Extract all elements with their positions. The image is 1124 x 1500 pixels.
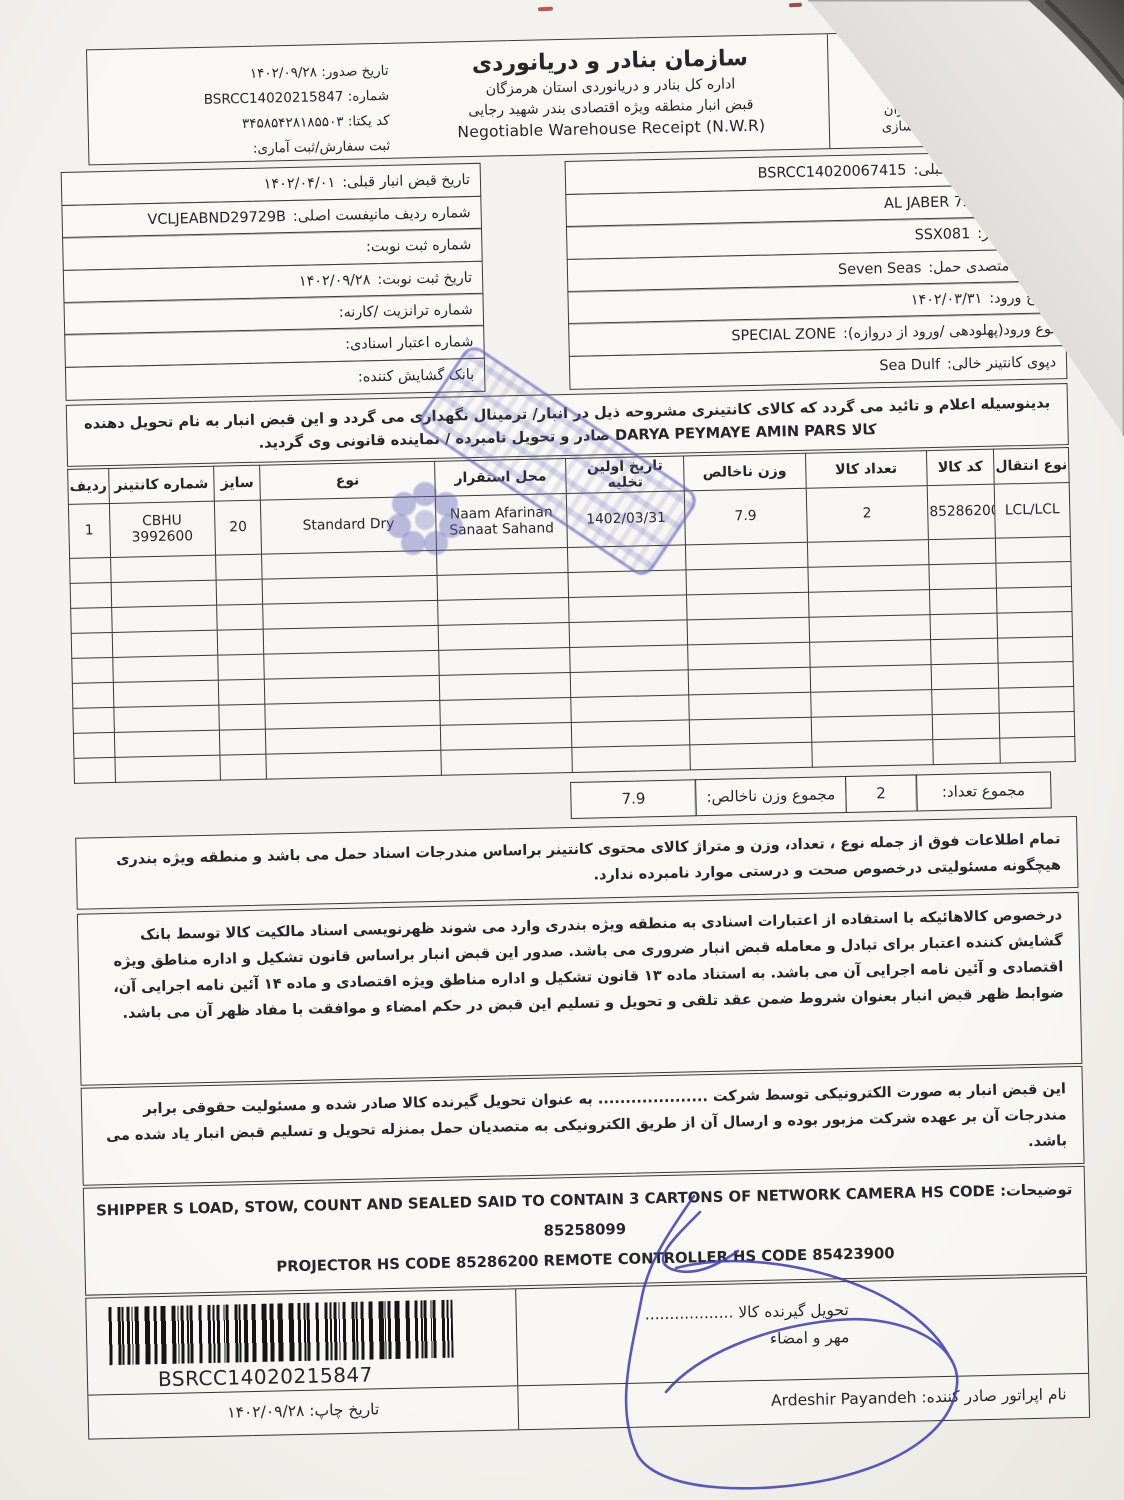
order-reg-line: ثبت سفارش/ثبت آماری: xyxy=(89,134,390,166)
col-row-no: ردیف xyxy=(68,468,109,504)
anchor-icon xyxy=(917,37,970,96)
footer-section: BSRCC14020215847 تحویل گیرنده کالا .....… xyxy=(85,1276,1090,1440)
remarks-label: توضیحات: xyxy=(1000,1181,1073,1200)
totals-bar: مجموع تعداد: 2 مجموع وزن ناخالص: 7.9 xyxy=(572,771,1052,818)
scanned-page: تاریخ صدور: ۱۴۰۲/۰۹/۲۸ شماره: BSRCC14020… xyxy=(0,0,1124,1500)
electronic-issue-paragraph: این قبض انبار به صورت الکترونیکی توسط شر… xyxy=(81,1066,1085,1186)
serial-label: شماره: xyxy=(348,88,390,105)
col-size: سایز xyxy=(213,465,260,501)
info-column-right: شماره قبض انبار قبلی:BSRCC14020067415 وس… xyxy=(565,152,1068,390)
print-date-cell: تاریخ چاپ: ۱۴۰۲/۰۹/۲۸ xyxy=(88,1385,519,1438)
header-logo-block: جمهوری اسلامی ایران وزارت راه و شهرسازی xyxy=(827,29,1061,148)
header-meta-block: تاریخ صدور: ۱۴۰۲/۰۹/۲۸ شماره: BSRCC14020… xyxy=(87,44,394,165)
unique-code-label: کد یکتا: xyxy=(348,113,390,130)
scan-red-mark xyxy=(789,3,802,8)
header-title-block: سازمان بنادر و دریانوردی اداره کل بنادر … xyxy=(392,34,829,157)
order-reg-label: ثبت سفارش/ثبت آماری: xyxy=(253,138,391,157)
total-weight-label: مجموع وزن ناخالص: xyxy=(694,776,847,816)
flower-ink-stamp xyxy=(381,476,469,564)
serial-value: BSRCC14020215847 xyxy=(204,89,344,108)
document-header: تاریخ صدور: ۱۴۰۲/۰۹/۲۸ شماره: BSRCC14020… xyxy=(86,28,1062,165)
unique-code-value: ۳۴۵۸۵۴۲۸۱۸۵۵۰۳ xyxy=(242,114,344,132)
info-fields-section: تاریخ قبض انبار قبلی:۱۴۰۲/۰۴/۰۱ شماره رد… xyxy=(61,152,1068,401)
col-container-no: شماره کانتینر xyxy=(108,466,214,503)
issue-date-label: تاریخ صدور: xyxy=(321,63,389,80)
col-goods-code: کد کالا xyxy=(927,449,995,485)
total-count-value: 2 xyxy=(845,774,918,813)
warehouse-receipt-document: تاریخ صدور: ۱۴۰۲/۰۹/۲۸ شماره: BSRCC14020… xyxy=(58,28,1090,1439)
lc-endorsement-paragraph: درخصوص کالاهائیکه با استفاده از اعتبارات… xyxy=(77,892,1083,1086)
organization-title: سازمان بنادر و دریانوردی xyxy=(392,44,827,78)
scan-red-mark xyxy=(538,7,553,12)
receipt-type-en: Negotiable Warehouse Receipt (N.W.R) xyxy=(394,115,829,142)
total-weight-value: 7.9 xyxy=(570,779,697,819)
remarks-box: توضیحات: SHIPPER S LOAD, STOW, COUNT AND… xyxy=(83,1166,1087,1296)
total-count-label: مجموع تعداد: xyxy=(915,771,1052,811)
col-transfer-type: نوع انتقال xyxy=(993,447,1069,484)
ministry-line: وزارت راه و شهرسازی xyxy=(830,116,1061,136)
col-goods-count: تعداد کالا xyxy=(805,450,927,488)
barcode-cell: BSRCC14020215847 xyxy=(86,1289,518,1394)
receiver-cell: تحویل گیرنده کالا .................. مهر… xyxy=(516,1277,1088,1385)
barcode-image xyxy=(108,1300,453,1365)
issue-date-value: ۱۴۰۲/۰۹/۲۸ xyxy=(250,64,317,81)
col-gross-weight: وزن ناخالص xyxy=(683,453,805,491)
remarks-text1: SHIPPER S LOAD, STOW, COUNT AND SEALED S… xyxy=(96,1183,995,1240)
info-column-left: تاریخ قبض انبار قبلی:۱۴۰۲/۰۴/۰۱ شماره رد… xyxy=(61,165,486,401)
